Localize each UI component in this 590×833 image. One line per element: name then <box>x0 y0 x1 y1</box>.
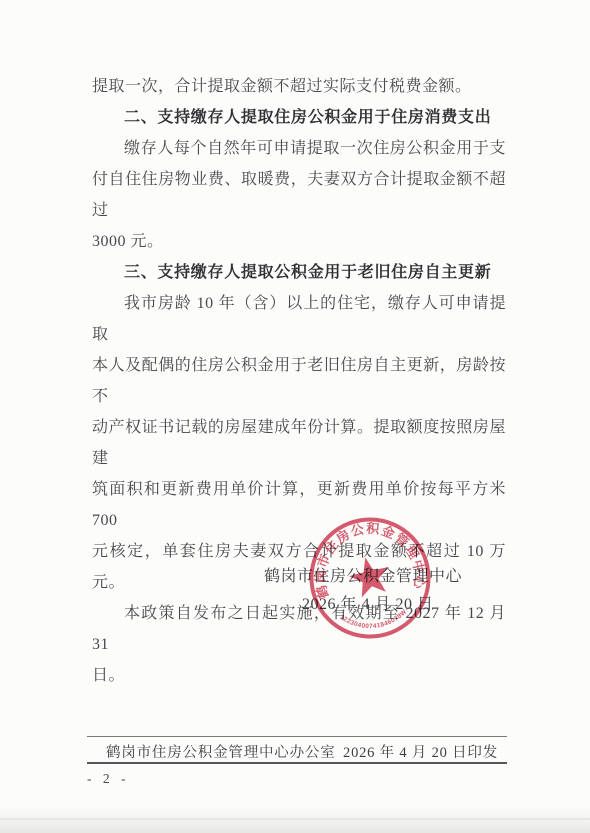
text-line: 本政策自发布之日起实施，有效期至 2027 年 12 月 31 <box>92 598 506 660</box>
text-line: 二、支持缴存人提取住房公积金用于住房消费支出 <box>92 102 506 133</box>
section-heading: 三、支持缴存人提取公积金用于老旧住房自主更新 <box>92 257 506 288</box>
text-line: 缴存人每个自然年可申请提取一次住房公积金用于支 <box>92 133 506 164</box>
text-line: 筑面积和更新费用单价计算，更新费用单价按每平方米 700 <box>92 474 506 536</box>
text-line: 本人及配偶的住房公积金用于老旧住房自主更新，房龄按不 <box>92 350 506 412</box>
footer-office: 鹤岗市住房公积金管理中心办公室 <box>106 741 336 762</box>
text-line: 三、支持缴存人提取公积金用于老旧住房自主更新 <box>92 257 506 288</box>
paragraph: 我市房龄 10 年（含）以上的住宅，缴存人可申请提取本人及配偶的住房公积金用于老… <box>92 288 506 598</box>
signature-date: 2026 年 4 月 20 日 <box>302 591 434 614</box>
page-number: - 2 - <box>87 771 130 787</box>
text-line: 3000 元。 <box>92 226 506 257</box>
text-line: 动产权证书记载的房屋建成年份计算。提取额度按照房屋建 <box>92 412 506 474</box>
paragraph: 本政策自发布之日起实施，有效期至 2027 年 12 月 31日。 <box>92 598 506 691</box>
text-line: 付自住住房物业费、取暖费，夫妻双方合计提取金额不超过 <box>92 164 506 226</box>
footer-separator-top <box>87 736 507 737</box>
text-line: 日。 <box>92 660 506 691</box>
footer: 鹤岗市住房公积金管理中心办公室 2026 年 4 月 20 日印发 <box>87 740 507 763</box>
text-line: 提取一次，合计提取金额不超过实际支付税费金额。 <box>92 71 506 102</box>
scan-shadow-artifact <box>0 807 590 833</box>
paragraph: 缴存人每个自然年可申请提取一次住房公积金用于支付自住住房物业费、取暖费，夫妻双方… <box>92 133 506 257</box>
signature-organization: 鹤岗市住房公积金管理中心 <box>264 563 462 586</box>
text-line: 我市房龄 10 年（含）以上的住宅，缴存人可申请提取 <box>92 288 506 350</box>
footer-print-date: 2026 年 4 月 20 日印发 <box>343 741 498 762</box>
scanned-document-page: 提取一次，合计提取金额不超过实际支付税费金额。二、支持缴存人提取住房公积金用于住… <box>0 0 590 833</box>
document-body: 提取一次，合计提取金额不超过实际支付税费金额。二、支持缴存人提取住房公积金用于住… <box>92 71 506 691</box>
section-heading: 二、支持缴存人提取住房公积金用于住房消费支出 <box>92 102 506 133</box>
scan-streak-artifact <box>0 818 590 820</box>
footer-separator-bottom <box>87 762 507 764</box>
paragraph: 提取一次，合计提取金额不超过实际支付税费金额。 <box>92 71 506 102</box>
